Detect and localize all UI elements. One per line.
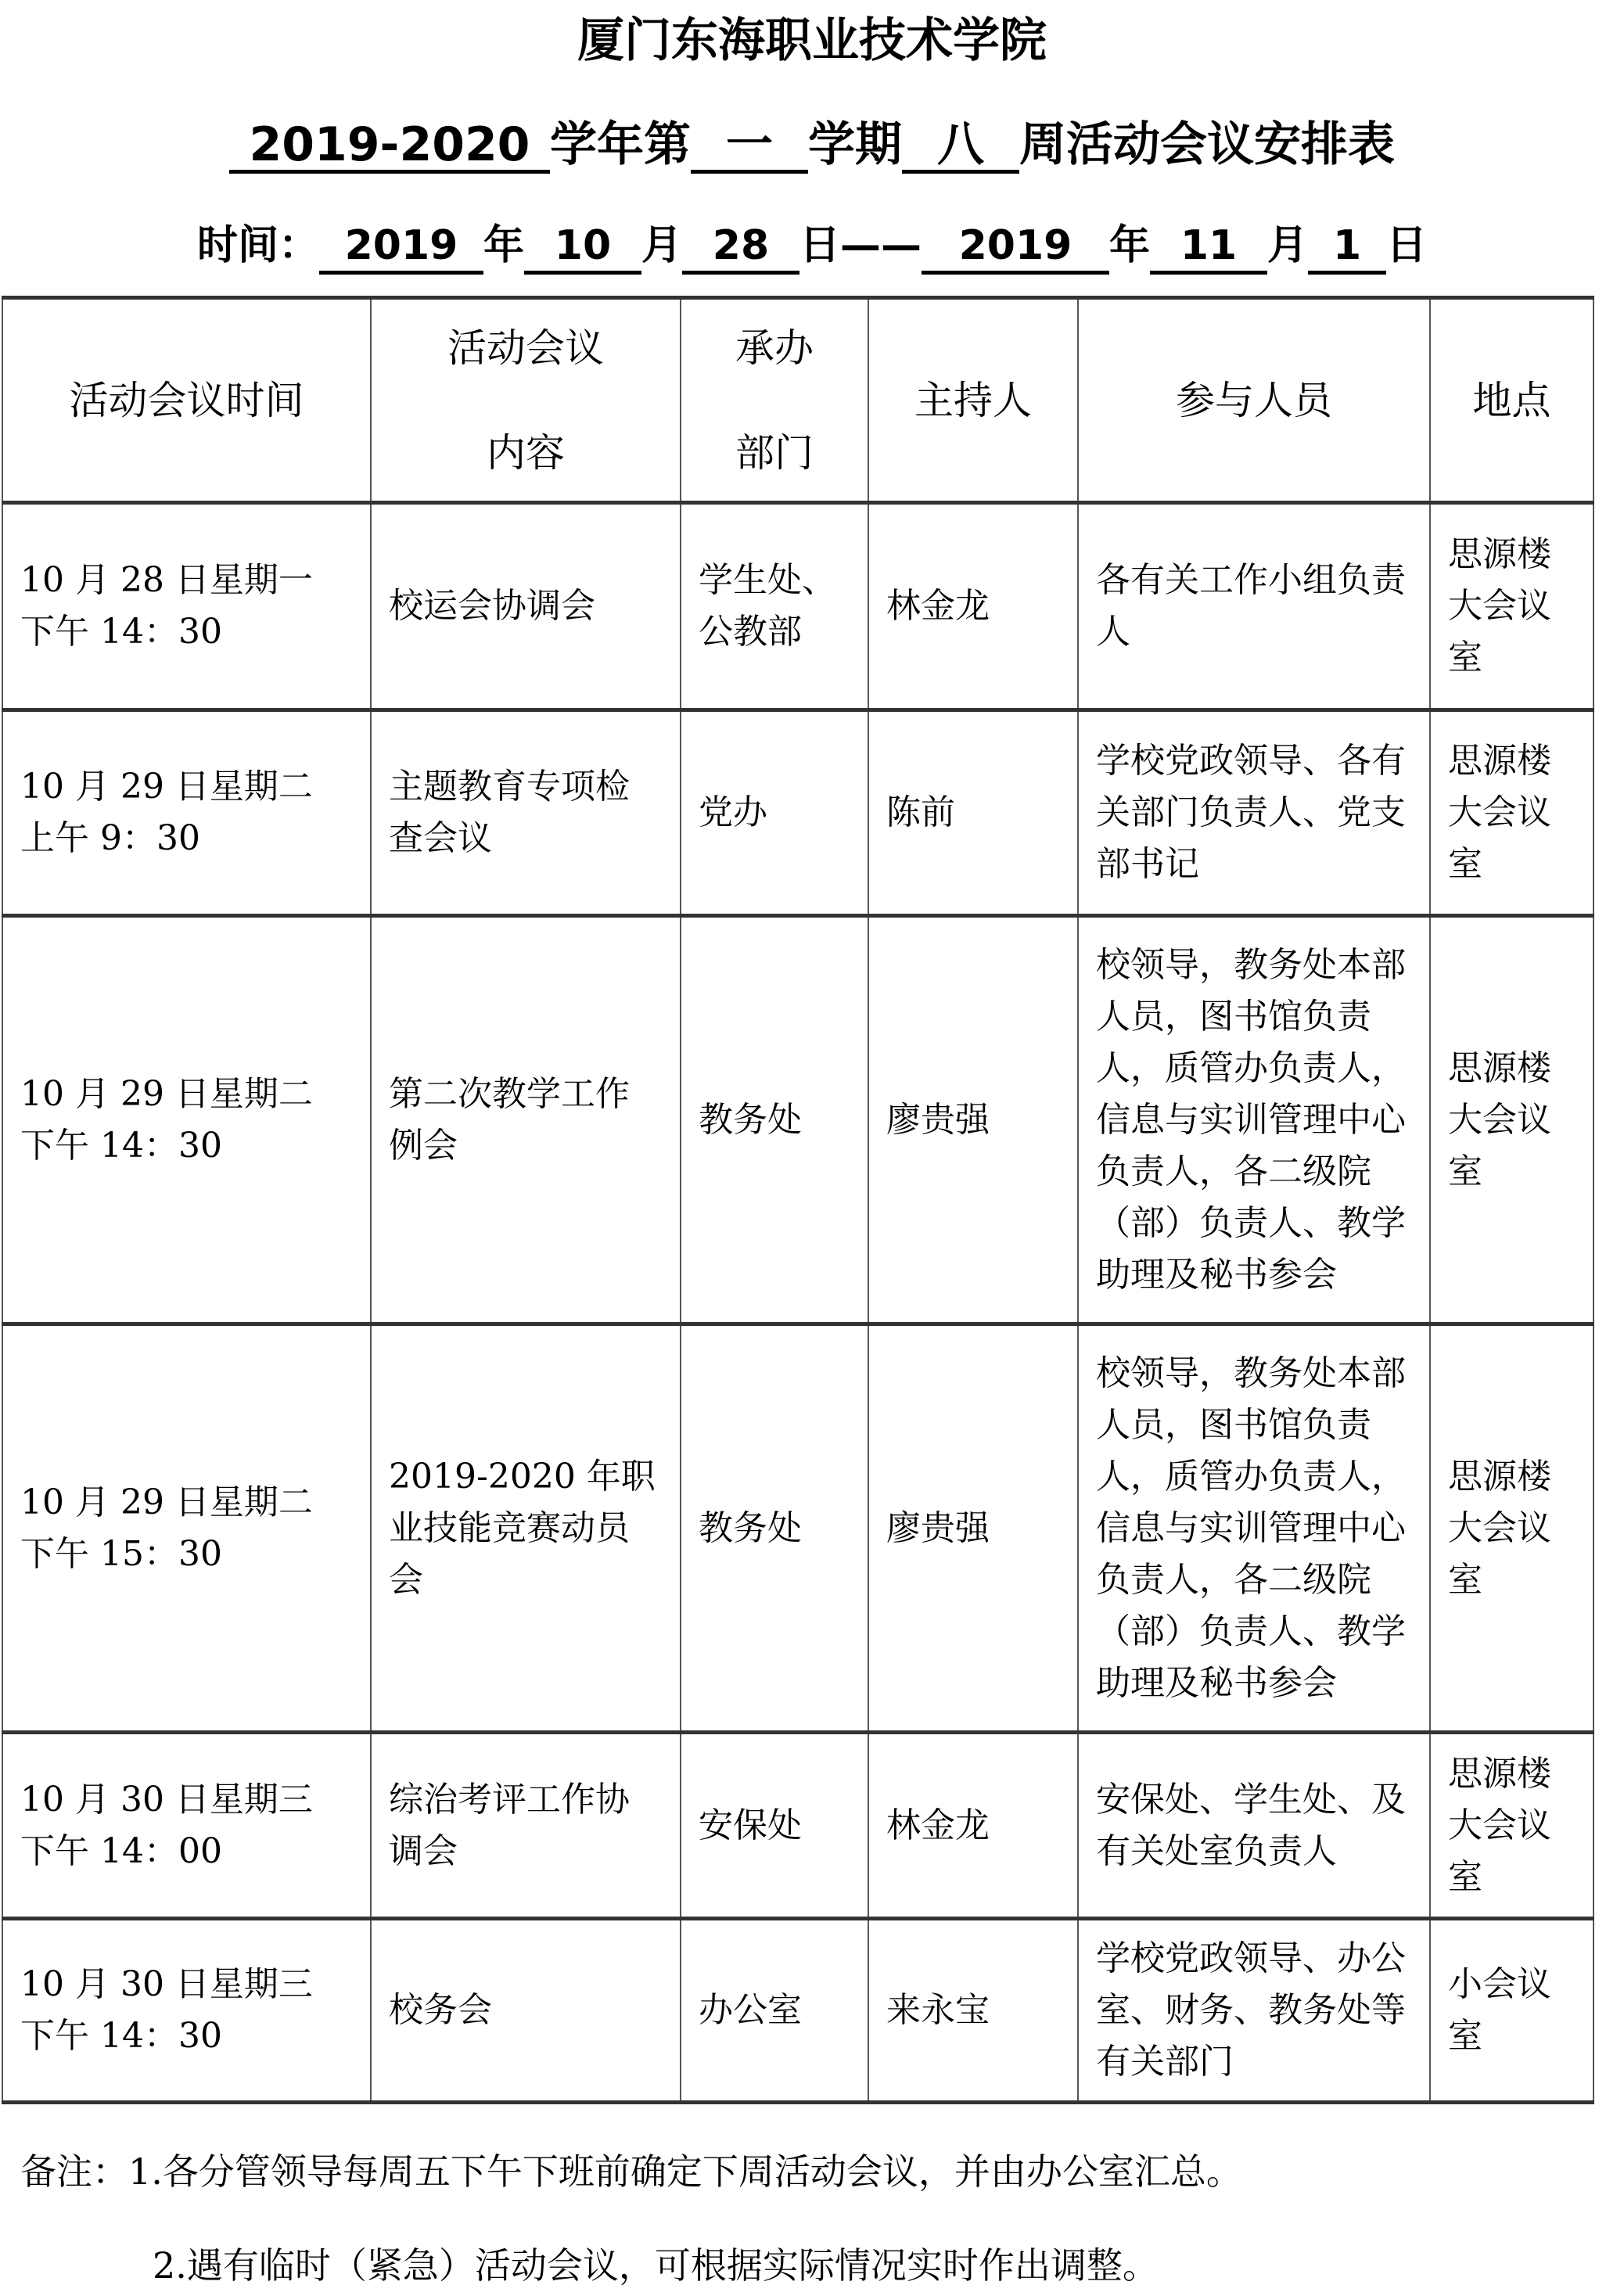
table-header-row: 活动会议时间 活动会议内容 承办部门 主持人 参与人员 地点 [2,298,1593,503]
cell-content: 校务会 [371,1919,681,2103]
cell-time: 10 月 29 日星期二上午 9：30 [2,710,371,916]
time-date: 10 月 29 日星期二 [20,1069,353,1120]
cell-time: 10 月 28 日星期一下午 14：30 [2,503,371,710]
cell-dept: 教务处 [681,1324,868,1733]
cell-participants: 学校党政领导、办公室、财务、教务处等有关部门 [1078,1919,1430,2103]
cell-participants: 校领导，教务处本部人员，图书馆负责人，质管办负责人，信息与实训管理中心负责人，各… [1078,916,1430,1324]
cell-participants: 各有关工作小组负责人 [1078,503,1430,710]
semester: 一 [691,120,808,174]
year-unit-end: 年 [1109,222,1150,269]
cell-participants: 安保处、学生处、及有关处室负责人 [1078,1733,1430,1919]
cell-participants: 学校党政领导、各有关部门负责人、党支部书记 [1078,710,1430,916]
time-date: 10 月 28 日星期一 [20,555,353,606]
week: 八 [902,120,1019,174]
start-month: 10 [524,221,641,275]
date-range: 时间：2019年10月28日——2019年11月1日 [0,217,1624,275]
table-row: 10 月 29 日星期二下午 14：30 第二次教学工作例会 教务处 廖贵强 校… [2,916,1593,1324]
day-unit-end: 日 [1386,222,1427,269]
label-year: 学年第 [550,117,691,172]
cell-location: 思源楼大会议室 [1430,916,1593,1324]
time-hour: 下午 15：30 [20,1529,353,1580]
time-date: 10 月 30 日星期三 [20,1959,353,2010]
col-location: 地点 [1430,298,1593,503]
cell-time: 10 月 30 日星期三下午 14：30 [2,1919,371,2103]
start-day: 28 [682,221,799,275]
note-2: 2.遇有临时（紧急）活动会议，可根据实际情况实时作出调整。 [153,2237,1159,2285]
cell-dept: 学生处、公教部 [681,503,868,710]
col-dept-line1: 承办 [735,322,814,374]
cell-host: 陈前 [868,710,1078,916]
schedule-table: 活动会议时间 活动会议内容 承办部门 主持人 参与人员 地点 10 月 28 日… [2,296,1594,2104]
month-unit-end: 月 [1267,222,1308,269]
year-unit: 年 [483,222,524,269]
time-date: 10 月 29 日星期二 [20,761,353,813]
table-row: 10 月 29 日星期二上午 9：30 主题教育专项检查会议 党办 陈前 学校党… [2,710,1593,916]
table-row: 10 月 30 日星期三下午 14：30 校务会 办公室 来永宝 学校党政领导、… [2,1919,1593,2103]
cell-dept: 办公室 [681,1919,868,2103]
table-row: 10 月 28 日星期一下午 14：30 校运会协调会 学生处、公教部 林金龙 … [2,503,1593,710]
time-hour: 下午 14：30 [20,606,353,658]
end-day: 1 [1308,221,1386,275]
schedule-title: 2019-2020学年第一学期八周活动会议安排表 [0,113,1624,176]
cell-time: 10 月 30 日星期三下午 14：00 [2,1733,371,1919]
cell-host: 廖贵强 [868,916,1078,1324]
col-dept-line2: 部门 [735,427,814,479]
cell-content: 校运会协调会 [371,503,681,710]
day-unit: 日 [799,222,840,269]
date-label: 时间： [197,222,319,269]
cell-time: 10 月 29 日星期二下午 14：30 [2,916,371,1324]
col-content-line1: 活动会议 [447,322,604,374]
col-content: 活动会议内容 [371,298,681,503]
col-participants: 参与人员 [1078,298,1430,503]
cell-dept: 教务处 [681,916,868,1324]
time-hour: 下午 14：30 [20,2010,353,2062]
time-date: 10 月 30 日星期三 [20,1774,353,1826]
month-unit: 月 [641,222,682,269]
time-date: 10 月 29 日星期二 [20,1477,353,1529]
cell-dept: 安保处 [681,1733,868,1919]
cell-content: 综治考评工作协调会 [371,1733,681,1919]
col-host: 主持人 [868,298,1078,503]
cell-location: 思源楼大会议室 [1430,1733,1593,1919]
start-year: 2019 [319,221,483,275]
label-week: 周活动会议安排表 [1019,117,1395,172]
end-month: 11 [1150,221,1267,275]
academic-year: 2019-2020 [229,120,550,174]
label-semester: 学期 [808,117,902,172]
cell-host: 来永宝 [868,1919,1078,2103]
cell-location: 小会议室 [1430,1919,1593,2103]
col-dept: 承办部门 [681,298,868,503]
cell-location: 思源楼大会议室 [1430,503,1593,710]
cell-dept: 党办 [681,710,868,916]
note-1: 备注：1.各分管领导每周五下午下班前确定下周活动会议，并由办公室汇总。 [20,2143,1242,2195]
cell-location: 思源楼大会议室 [1430,710,1593,916]
col-time: 活动会议时间 [2,298,371,503]
time-hour: 下午 14：00 [20,1826,353,1877]
institution-title: 厦门东海职业技术学院 [0,9,1624,72]
cell-content: 第二次教学工作例会 [371,916,681,1324]
end-year: 2019 [922,221,1109,275]
cell-location: 思源楼大会议室 [1430,1324,1593,1733]
cell-participants: 校领导，教务处本部人员，图书馆负责人，质管办负责人，信息与实训管理中心负责人，各… [1078,1324,1430,1733]
cell-content: 2019-2020 年职业技能竞赛动员会 [371,1324,681,1733]
cell-content: 主题教育专项检查会议 [371,710,681,916]
table-row: 10 月 29 日星期二下午 15：30 2019-2020 年职业技能竞赛动员… [2,1324,1593,1733]
cell-host: 林金龙 [868,503,1078,710]
cell-time: 10 月 29 日星期二下午 15：30 [2,1324,371,1733]
col-content-line2: 内容 [487,427,565,479]
cell-host: 廖贵强 [868,1324,1078,1733]
time-hour: 下午 14：30 [20,1120,353,1172]
time-hour: 上午 9：30 [20,813,353,864]
date-separator: —— [840,222,922,269]
cell-host: 林金龙 [868,1733,1078,1919]
table-row: 10 月 30 日星期三下午 14：00 综治考评工作协调会 安保处 林金龙 安… [2,1733,1593,1919]
